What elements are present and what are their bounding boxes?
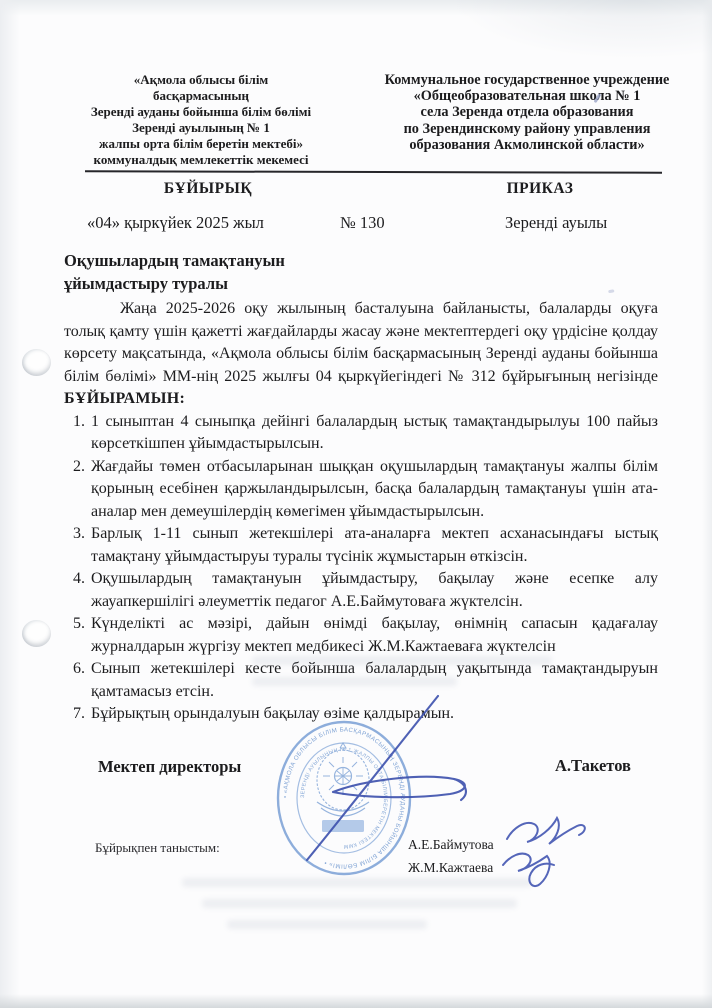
scan-edge-right [702, 0, 712, 1008]
order-item: Жағдайы төмен отбасыларынан шыққан оқушы… [89, 456, 658, 524]
order-place: Зеренді ауылы [505, 213, 607, 233]
acquainted-name-2: Ж.М.Кажтаева [408, 856, 494, 879]
acquainted-name-1: А.Е.Баймутова [408, 833, 494, 856]
org-kk-line: Зеренді ауданы бойынша білім бөлімі [85, 104, 317, 120]
order-subject: Оқушылардың тамақтануын ұйымдастыру тура… [64, 250, 285, 295]
acquainted-signature [497, 805, 601, 893]
org-ru-line: Коммунальное государственное учреждение [364, 72, 690, 88]
director-name: А.Такетов [555, 756, 631, 776]
order-date: «04» қыркүйек 2025 жыл [87, 213, 264, 233]
pen-mark-artifact [608, 289, 614, 293]
org-kk-line: жалпы орта білім беретін мектебі» [85, 136, 317, 152]
order-number: № 130 [340, 213, 385, 233]
org-kk-line: коммуналдық мемлекеттік мекемесі [85, 152, 317, 168]
resolve-word: БҰЙЫРАМЫН: [64, 390, 185, 407]
hole-punch-bottom [22, 620, 51, 647]
org-kk-line: Зеренді ауылының № 1 [85, 120, 317, 136]
scan-edge-bottom [0, 994, 712, 1008]
order-title-kazakh: БҰЙЫРЫҚ [128, 180, 288, 198]
order-preamble: Жаңа 2025-2026 оқу жылының басталуына ба… [64, 298, 658, 411]
preamble-text: Жаңа 2025-2026 оқу жылының басталуына ба… [64, 300, 658, 385]
header-divider [85, 170, 662, 174]
org-kk-line: «Ақмола облысы білім басқармасының [85, 72, 317, 104]
order-item: Оқушылардың тамақтануын ұйымдастыру, бақ… [89, 568, 658, 613]
hole-punch-top [22, 349, 51, 376]
org-header-kazakh: «Ақмола облысы білім басқармасының Зерен… [85, 72, 317, 167]
subject-line: ұйымдастыру туралы [64, 273, 285, 296]
director-title: Мектеп директоры [98, 757, 241, 777]
order-title-russian: ПРИКАЗ [460, 180, 620, 198]
org-ru-line: «Общеобразовательная школа № 1 [364, 88, 690, 104]
org-header-russian: Коммунальное государственное учреждение … [364, 72, 690, 153]
scan-smudge [452, 0, 712, 60]
acquainted-label: Бұйрықпен таныстым: [95, 840, 220, 856]
org-ru-line: села Зеренда отдела образования [364, 104, 690, 120]
scan-edge-left [0, 0, 20, 1008]
subject-line: Оқушылардың тамақтануын [64, 250, 285, 273]
acquainted-names: А.Е.Баймутова Ж.М.Кажтаева [408, 833, 494, 879]
org-ru-line: образования Акмолинской области» [364, 137, 690, 153]
org-ru-line: по Зерендинскому району управления [364, 121, 690, 137]
order-item: 1 сыныптан 4 сыныпқа дейінгі балалардың … [89, 411, 658, 456]
order-item: Күнделікті ас мәзірі, дайын өнімді бақыл… [89, 613, 658, 658]
scanned-order-document: «Ақмола облысы білім басқармасының Зерен… [0, 0, 712, 1008]
order-item: Барлық 1-11 сынып жетекшілері ата-аналар… [89, 523, 658, 568]
bleed-through-text [182, 878, 542, 941]
